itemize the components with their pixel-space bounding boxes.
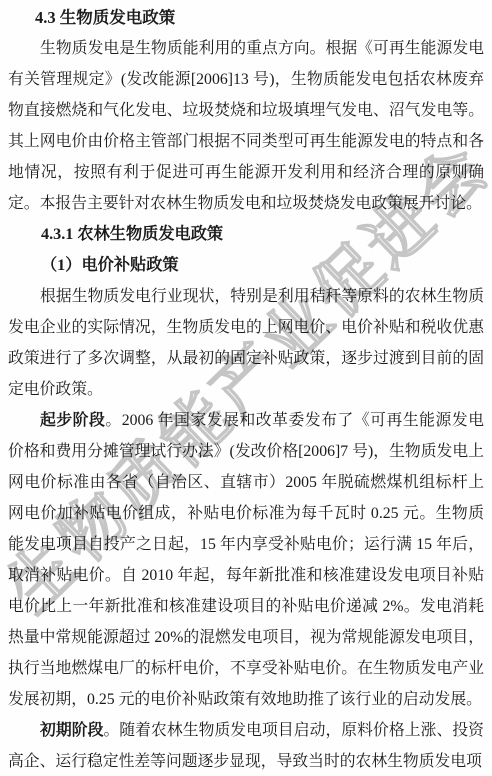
startup-stage-label: 起步阶段: [40, 412, 105, 429]
document-page: 生物质能产业促进会 4.3 生物质发电政策 生物质发电是生物质能利用的重点方向。…: [0, 0, 492, 776]
paragraph-policy-adjustments: 根据生物质发电行业现状，特别是利用秸秆等原料的农林生物质发电企业的实际情况，生物…: [8, 281, 484, 405]
paragraph-startup-stage: 起步阶段。2006 年国家发展和改革委发布了《可再生能源发电价格和费用分摊管理试…: [8, 405, 484, 715]
subsection-heading-price-subsidy: （1）电价补贴政策: [8, 250, 484, 281]
document-content: 4.3 生物质发电政策 生物质发电是生物质能利用的重点方向。根据《可再生能源发电…: [8, 2, 484, 776]
section-heading-4-3: 4.3 生物质发电政策: [8, 2, 484, 33]
paragraph-intro: 生物质发电是生物质能利用的重点方向。根据《可再生能源发电有关管理规定》(发改能源…: [8, 33, 484, 219]
paragraph-early-stage: 初期阶段。随着农林生物质发电项目启动，原料价格上涨、投资高企、运行稳定性差等问题…: [8, 715, 484, 776]
early-stage-label: 初期阶段: [40, 722, 103, 739]
section-heading-4-3-1: 4.3.1 农林生物质发电政策: [8, 219, 484, 250]
startup-stage-text: 。2006 年国家发展和改革委发布了《可再生能源发电价格和费用分摊管理试行办法》…: [8, 412, 484, 708]
